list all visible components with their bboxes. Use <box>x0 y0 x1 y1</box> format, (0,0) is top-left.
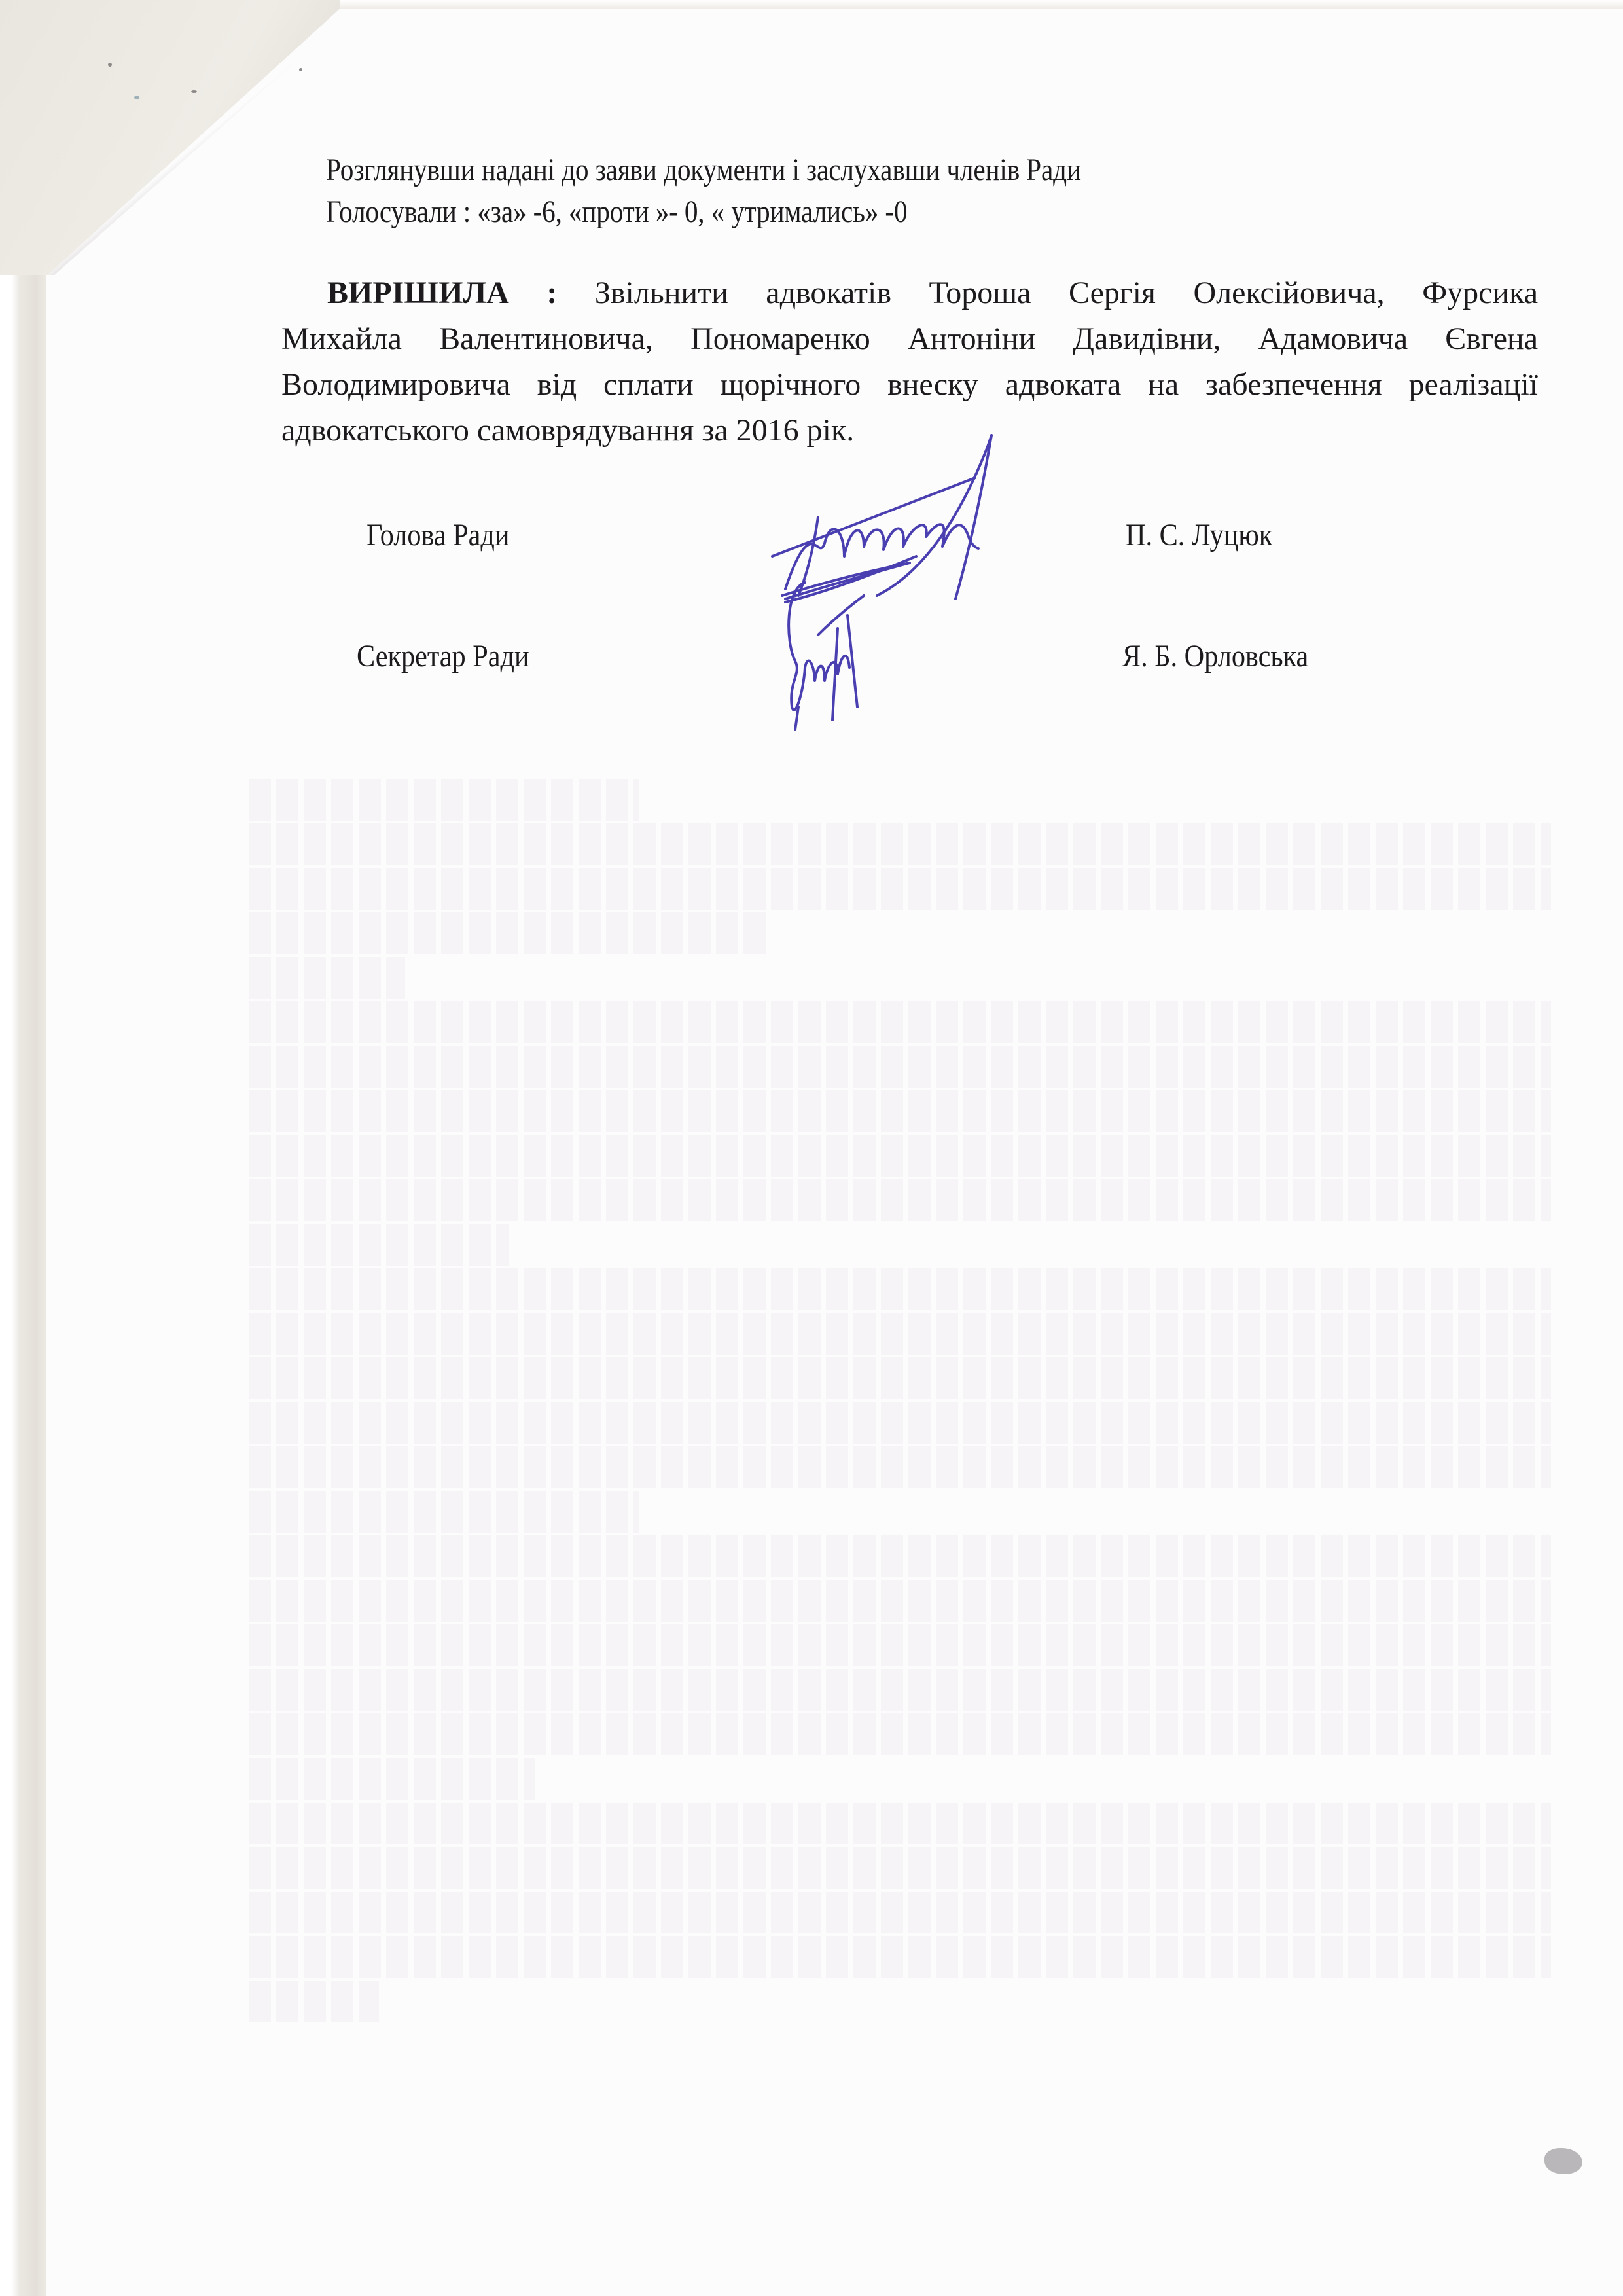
folded-corner <box>0 0 340 275</box>
dust-speck <box>134 96 139 99</box>
dust-speck <box>191 90 197 93</box>
chair-role: Голова Ради <box>366 517 510 553</box>
decision-line-3: Володимировича від сплати щорічного внес… <box>281 367 1538 412</box>
secretary-name: Я. Б. Орловська <box>1122 638 1308 674</box>
scanner-edge-left <box>0 0 46 2296</box>
chair-name: П. С. Луцюк <box>1126 517 1272 553</box>
decision-label: ВИРІШИЛА <box>327 276 509 310</box>
decision-text: Звільнити адвокатів Тороша Сергія Олексі… <box>595 276 1538 310</box>
stain <box>1544 2148 1582 2174</box>
dust-speck <box>299 68 302 71</box>
secretary-signature <box>779 576 870 726</box>
vote-result: Голосували : «за» -6, «проти »- 0, « утр… <box>326 196 907 228</box>
bleed-through-texture <box>249 779 1551 2075</box>
considered-statement: Розглянувши надані до заяви документи і … <box>326 154 1081 186</box>
secretary-role: Секретар Ради <box>357 638 529 674</box>
decision-block: ВИРІШИЛА : Звільнити адвокатів Тороша Се… <box>281 275 1538 458</box>
decision-line-2: Михайла Валентиновича, Пономаренко Антон… <box>281 321 1538 367</box>
dust-speck <box>108 63 112 67</box>
decision-line-1: ВИРІШИЛА : Звільнити адвокатів Тороша Се… <box>281 275 1538 321</box>
